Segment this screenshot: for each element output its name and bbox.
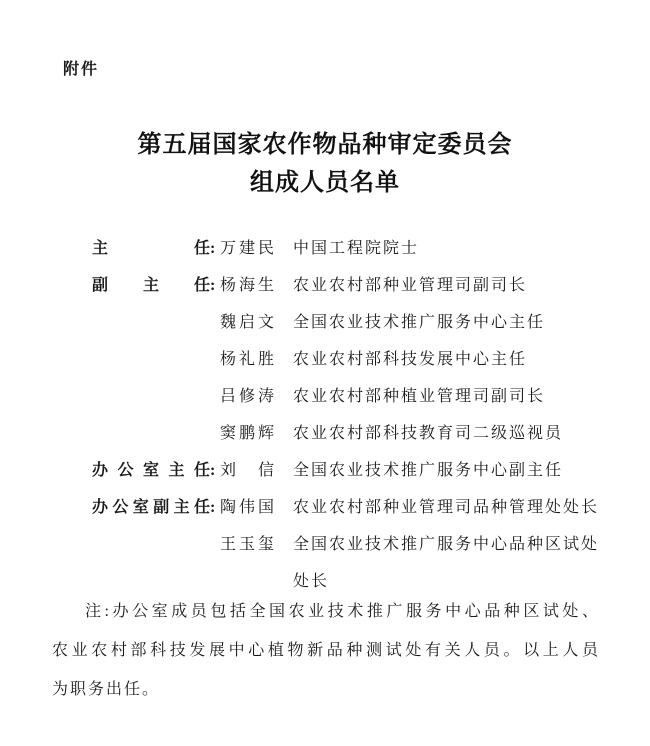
member-row: 王玉玺 全国农业技术推广服务中心品种区试处处长: [0, 526, 650, 600]
member-name: 陶伟国: [220, 489, 274, 526]
member-desc: 农业农村部种业管理司品种管理处处长: [293, 489, 605, 526]
member-name: 万建民: [220, 230, 274, 267]
footnote-line3: 为职务出任。: [52, 670, 600, 709]
document-page: 附件 第五届国家农作物品种审定委员会 组成人员名单 主任 : 万建民 中国工程院…: [0, 0, 650, 746]
member-desc: 农业农村部科技发展中心主任: [293, 341, 605, 378]
member-row-office-director: 办公室主任 : 刘信 全国农业技术推广服务中心副主任: [0, 452, 650, 489]
member-name: 吕修涛: [220, 378, 274, 415]
member-row: 杨礼胜 农业农村部科技发展中心主任: [0, 341, 650, 378]
member-desc: 全国农业技术推广服务中心品种区试处处长: [293, 526, 605, 600]
member-name: 窦鹏辉: [220, 415, 274, 452]
footnote-line2: 农业农村部科技发展中心植物新品种测试处有关人员。以上人员: [52, 631, 600, 670]
member-desc: 全国农业技术推广服务中心副主任: [293, 452, 605, 489]
member-colon: :: [210, 230, 220, 267]
member-role: 办公室副主任: [92, 489, 210, 526]
attachment-label: 附件: [63, 56, 99, 79]
member-desc: 农业农村部种业管理司副司长: [293, 267, 605, 304]
member-desc: 全国农业技术推广服务中心主任: [293, 304, 605, 341]
member-name: 刘信: [220, 452, 274, 489]
member-role: 办公室主任: [92, 452, 210, 489]
member-desc: 农业农村部科技教育司二级巡视员: [293, 415, 605, 452]
member-colon: :: [210, 489, 220, 526]
member-row-office-deputy-director: 办公室副主任 : 陶伟国 农业农村部种业管理司品种管理处处长: [0, 489, 650, 526]
member-role: 副主任: [92, 267, 210, 304]
document-title-line2: 组成人员名单: [0, 164, 650, 202]
member-name: 杨礼胜: [220, 341, 274, 378]
member-name: 王玉玺: [220, 526, 274, 563]
member-row: 吕修涛 农业农村部种植业管理司副司长: [0, 378, 650, 415]
footnote-line1: 注:办公室成员包括全国农业技术推广服务中心品种区试处、: [52, 592, 600, 631]
member-name: 魏启文: [220, 304, 274, 341]
member-row-vice-chairman: 副主任 : 杨海生 农业农村部种业管理司副司长: [0, 267, 650, 304]
document-title-line1: 第五届国家农作物品种审定委员会: [0, 126, 650, 164]
member-row: 窦鹏辉 农业农村部科技教育司二级巡视员: [0, 415, 650, 452]
member-row: 魏启文 全国农业技术推广服务中心主任: [0, 304, 650, 341]
member-list: 主任 : 万建民 中国工程院院士 副主任 : 杨海生 农业农村部种业管理司副司长…: [0, 230, 650, 600]
member-desc: 农业农村部种植业管理司副司长: [293, 378, 605, 415]
member-name: 杨海生: [220, 267, 274, 304]
footnote: 注:办公室成员包括全国农业技术推广服务中心品种区试处、 农业农村部科技发展中心植…: [52, 592, 600, 709]
member-role: 主任: [92, 230, 210, 267]
member-colon: :: [210, 452, 220, 489]
member-colon: :: [210, 267, 220, 304]
member-desc: 中国工程院院士: [293, 230, 605, 267]
member-row-chairman: 主任 : 万建民 中国工程院院士: [0, 230, 650, 267]
document-title: 第五届国家农作物品种审定委员会 组成人员名单: [0, 126, 650, 202]
